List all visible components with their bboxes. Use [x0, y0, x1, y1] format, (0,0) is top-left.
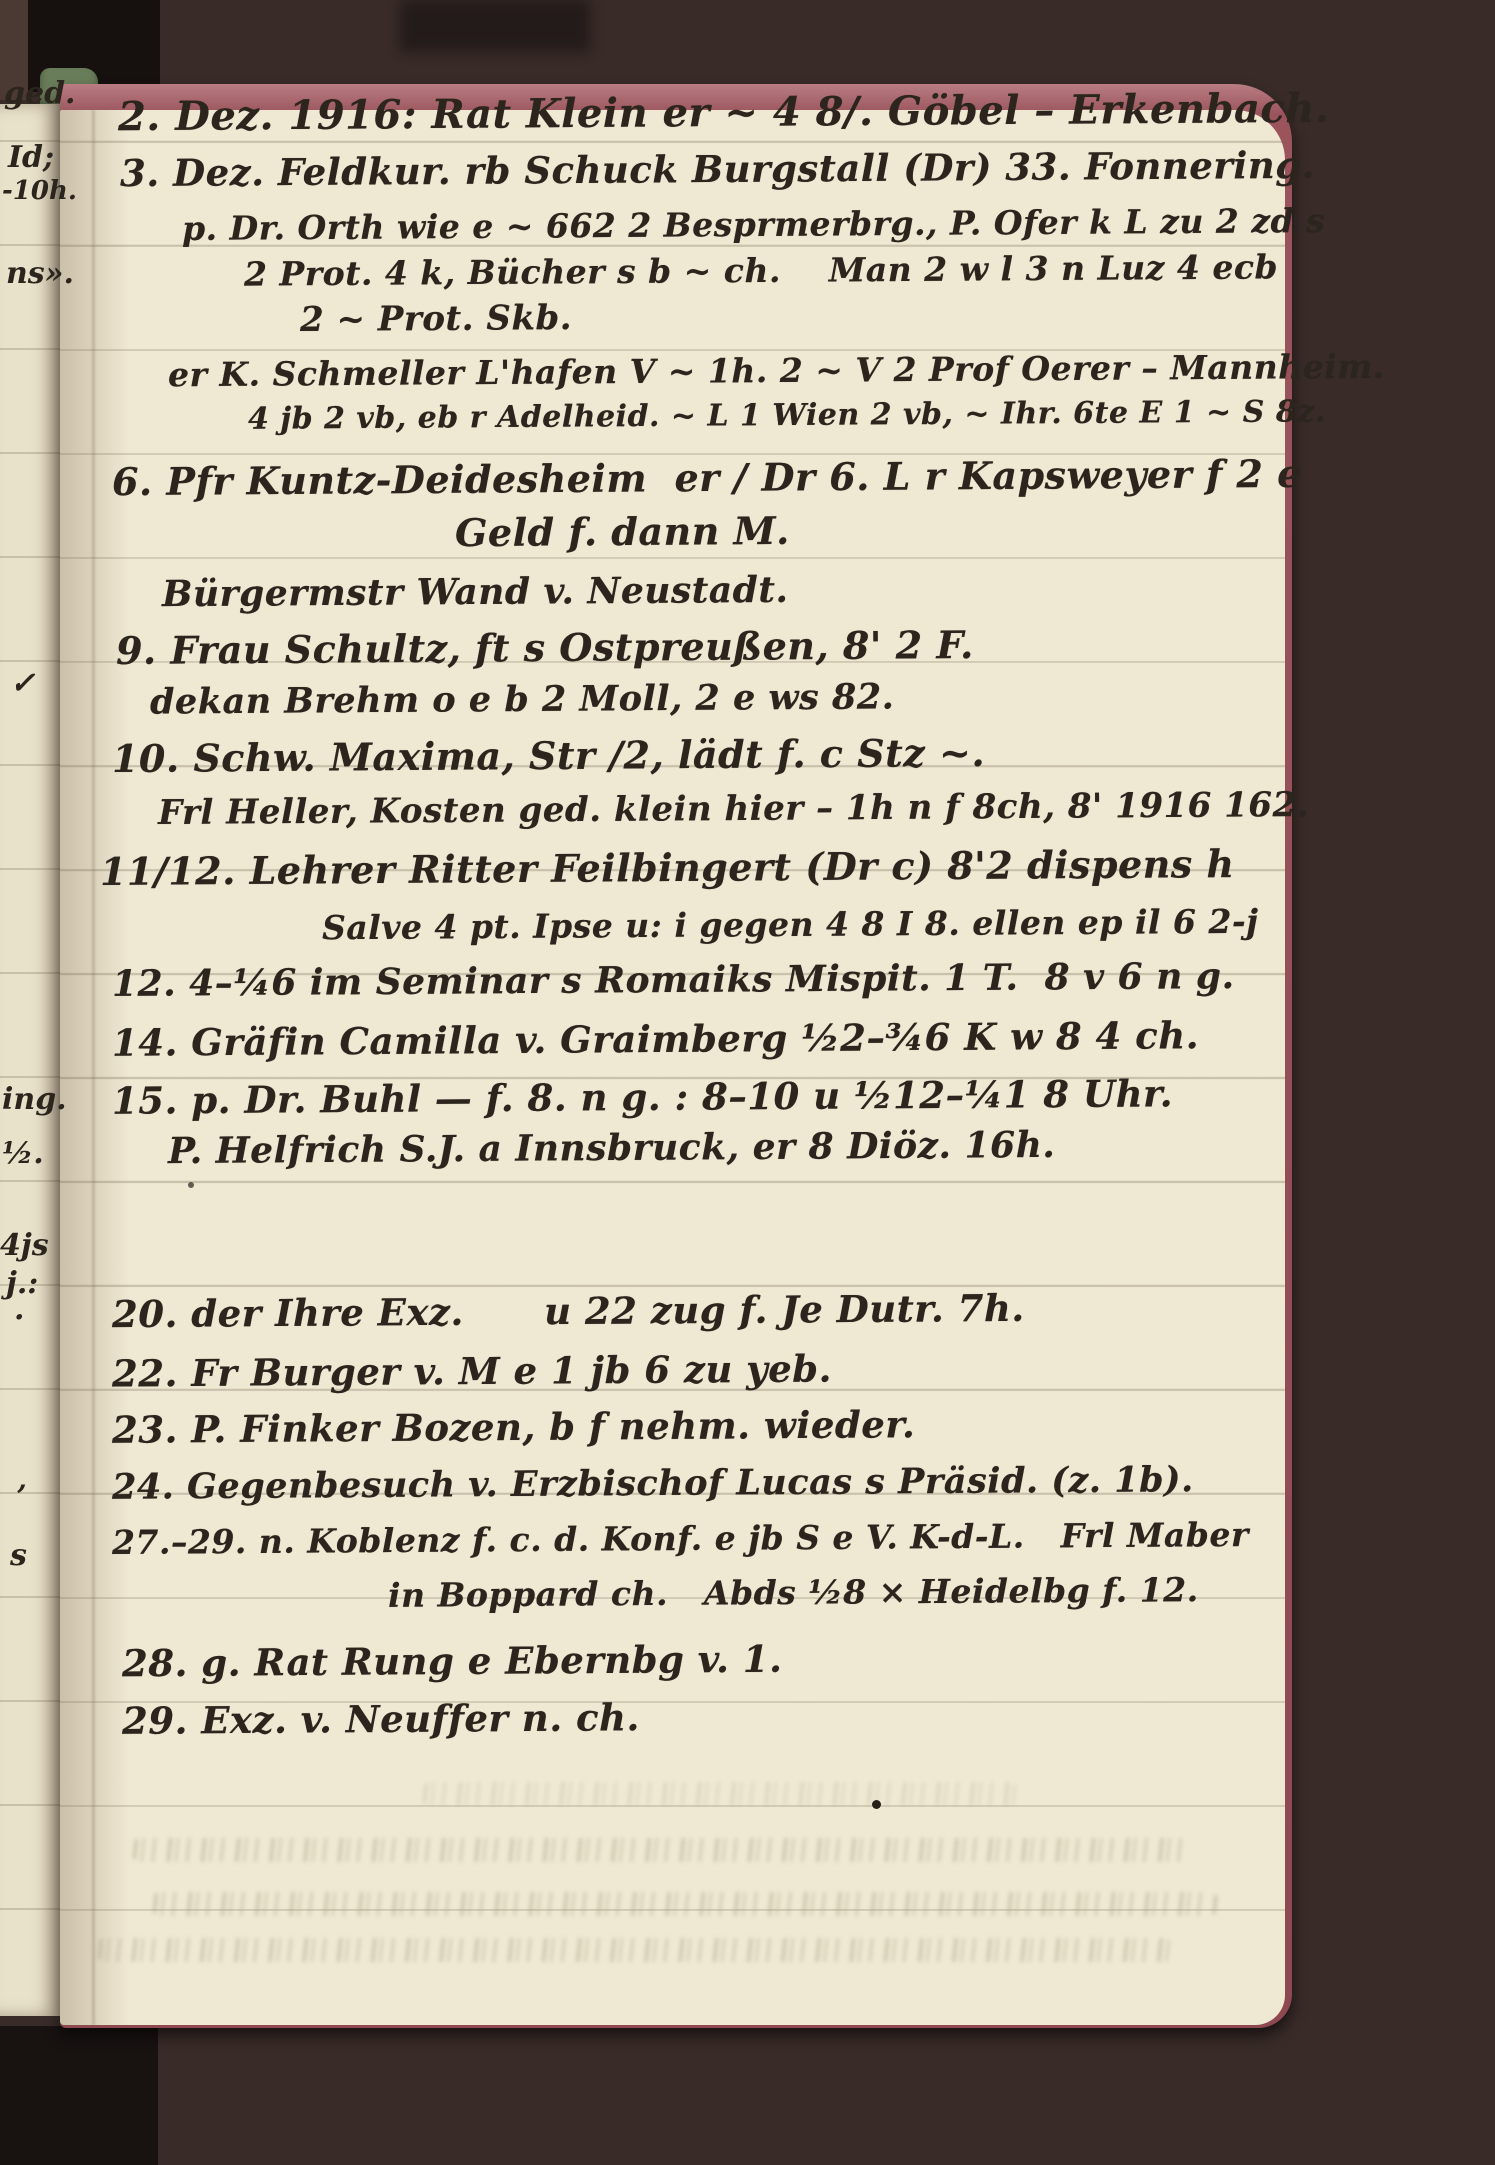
- ink-dot: [188, 1182, 194, 1188]
- margin-fragment: -10h.: [2, 176, 77, 206]
- diary-line-26: in Boppard ch. Abds ½8 × Heidelbg f. 12.: [388, 1573, 1199, 1613]
- diary-line-06: er K. Schmeller L'hafen V ~ 1h. 2 ~ V 2 …: [168, 350, 1385, 393]
- margin-fragment: ged.: [4, 76, 75, 111]
- margin-fragment: ing.: [2, 1082, 67, 1117]
- diary-line-11: 9. Frau Schultz, ft s Ostpreußen, 8' 2 F…: [116, 625, 974, 671]
- diary-line-25: 27.–29. n. Koblenz f. c. d. Konf. e jb S…: [112, 1518, 1249, 1561]
- diary-line-02: 3. Dez. Feldkur. rb Schuck Burgstall (Dr…: [120, 146, 1315, 193]
- diary-line-04: 2 Prot. 4 k, Bücher s b ~ ch. Man 2 w l …: [244, 250, 1278, 292]
- diary-line-21: 20. der Ihre Exz. u 22 zug f. Je Dutr. 7…: [112, 1289, 1025, 1334]
- diary-line-23: 23. P. Finker Bozen, b f nehm. wieder.: [112, 1405, 916, 1449]
- margin-fragment: 4js: [0, 1228, 49, 1263]
- margin-fragment: j.:: [6, 1266, 38, 1301]
- diary-line-07: 4 jb 2 vb, eb r Adelheid. ~ L 1 Wien 2 v…: [248, 396, 1326, 435]
- diary-line-09: Geld f. dann M.: [455, 511, 790, 553]
- ink-bleedthrough-line: [150, 1892, 1220, 1916]
- ink-bleedthrough-line: [130, 1838, 1190, 1862]
- margin-fragment: ns».: [6, 256, 74, 291]
- diary-line-13: 10. Schw. Maxima, Str /2, lädt f. c Stz …: [112, 733, 985, 779]
- diary-line-14: Frl Heller, Kosten ged. klein hier – 1h …: [158, 788, 1309, 832]
- diary-line-22: 22. Fr Burger v. M e 1 jb 6 zu yeb.: [112, 1349, 832, 1393]
- diary-line-20: P. Helfrich S.J. a Innsbruck, er 8 Diöz.…: [168, 1127, 1056, 1171]
- margin-fragment: Id;: [8, 140, 54, 175]
- ink-bleedthrough-line: [95, 1938, 1175, 1962]
- diary-line-08: 6. Pfr Kuntz-Deidesheim er / Dr 6. L r K…: [112, 454, 1302, 502]
- margin-fragment: s: [10, 1538, 27, 1573]
- margin-fragment: ½.: [2, 1136, 44, 1171]
- diary-line-03: p. Dr. Orth wie e ~ 662 2 Besprmerbrg., …: [182, 204, 1325, 247]
- diary-line-27: 28. g. Rat Rung e Ebernbg v. 1.: [122, 1640, 783, 1683]
- diary-line-28: 29. Exz. v. Neuffer n. ch.: [122, 1698, 640, 1740]
- diary-line-12: dekan Brehm o e b 2 Moll, 2 e ws 82.: [150, 679, 895, 721]
- margin-fragment: ✓: [10, 666, 35, 701]
- diary-line-19: 15. p. Dr. Buhl — f. 8. n g. : 8–10 u ½1…: [112, 1074, 1173, 1120]
- diary-line-17: 12. 4–¼6 im Seminar s Romaiks Mispit. 1 …: [112, 958, 1235, 1004]
- diary-line-16: Salve 4 pt. Ipse u: i gegen 4 8 I 8. ell…: [322, 905, 1259, 946]
- spine-shadow-bottom: [0, 2026, 158, 2165]
- background-shadow-patch: [400, 0, 590, 52]
- margin-fragment: ʼ: [16, 1480, 26, 1515]
- diary-line-15: 11/12. Lehrer Ritter Feilbingert (Dr c) …: [100, 844, 1235, 892]
- diary-line-10: Bürgermstr Wand v. Neustadt.: [162, 572, 789, 614]
- left-page-sliver: [0, 104, 62, 2016]
- ink-dot: [872, 1800, 881, 1809]
- margin-fragment: ·: [14, 1300, 24, 1335]
- diary-line-24: 24. Gegenbesuch v. Erzbischof Lucas s Pr…: [112, 1462, 1194, 1506]
- ink-bleedthrough-line: [420, 1782, 1020, 1806]
- diary-line-18: 14. Gräfin Camilla v. Graimberg ½2–¾6 K …: [112, 1016, 1199, 1062]
- diary-line-01: 2. Dez. 1916: Rat Klein er ~ 4 8/. Göbel…: [118, 88, 1330, 138]
- diary-line-05: 2 ~ Prot. Skb.: [300, 301, 572, 339]
